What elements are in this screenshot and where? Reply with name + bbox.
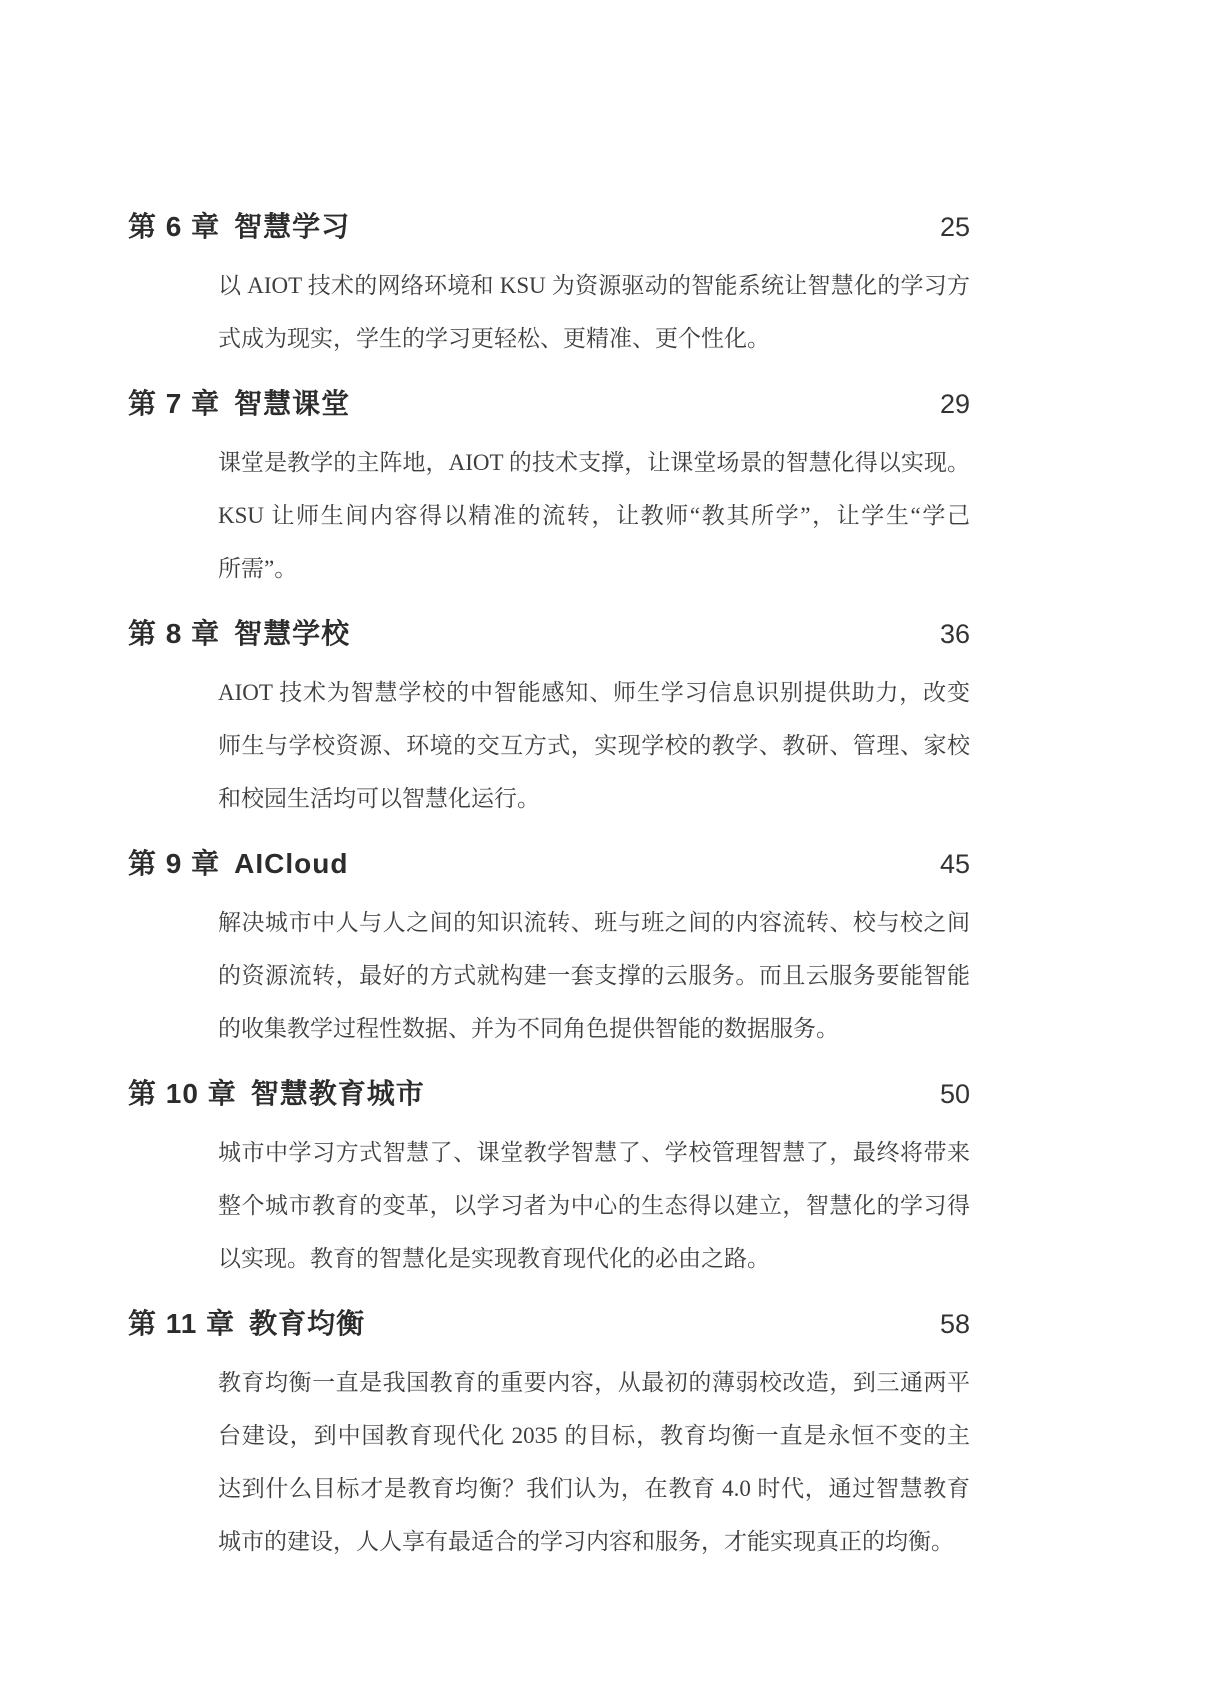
chapter-heading: 第 9 章 AICloud 45 <box>128 837 970 891</box>
chapter-title: AICloud <box>234 837 348 890</box>
chapter-label: 第 9 章 <box>128 837 220 890</box>
chapter-page-number: 25 <box>940 201 970 254</box>
chapter-title: 智慧学校 <box>234 607 350 660</box>
chapter-summary: 以 AIOT 技术的网络环境和 KSU 为资源驱动的智能系统让智慧化的学习方 式… <box>218 259 970 365</box>
toc-entry-chapter-10: 第 10 章 智慧教育城市 50 城市中学习方式智慧了、课堂教学智慧了、学校管理… <box>128 1067 970 1285</box>
chapter-page-number: 29 <box>940 378 970 431</box>
chapter-title: 智慧课堂 <box>234 377 350 430</box>
summary-line: 解决城市中人与人之间的知识流转、班与班之间的内容流转、校与校之间 <box>218 896 970 949</box>
toc-entry-chapter-11: 第 11 章 教育均衡 58 教育均衡一直是我国教育的重要内容，从最初的薄弱校改… <box>128 1297 970 1568</box>
summary-line: 的资源流转，最好的方式就构建一套支撑的云服务。而且云服务要能智能 <box>218 949 970 1002</box>
chapter-label: 第 8 章 <box>128 607 220 660</box>
toc-entry-chapter-7: 第 7 章 智慧课堂 29 课堂是教学的主阵地，AIOT 的技术支撑，让课堂场景… <box>128 377 970 595</box>
summary-line: 式成为现实，学生的学习更轻松、更精准、更个性化。 <box>218 312 970 365</box>
summary-line: KSU 让师生间内容得以精准的流转，让教师“教其所学”，让学生“学己 <box>218 489 970 542</box>
summary-line: 以实现。教育的智慧化是实现教育现代化的必由之路。 <box>218 1232 970 1285</box>
summary-line: 城市中学习方式智慧了、课堂教学智慧了、学校管理智慧了，最终将带来 <box>218 1126 970 1179</box>
chapter-heading: 第 7 章 智慧课堂 29 <box>128 377 970 431</box>
chapter-label: 第 11 章 <box>128 1297 235 1350</box>
summary-line: 城市的建设，人人享有最适合的学习内容和服务，才能实现真正的均衡。 <box>218 1515 970 1568</box>
chapter-heading: 第 8 章 智慧学校 36 <box>128 607 970 661</box>
summary-line: 师生与学校资源、环境的交互方式，实现学校的教学、教研、管理、家校 <box>218 719 970 772</box>
chapter-page-number: 50 <box>940 1068 970 1121</box>
chapter-summary: 城市中学习方式智慧了、课堂教学智慧了、学校管理智慧了，最终将带来 整个城市教育的… <box>218 1126 970 1285</box>
chapter-heading: 第 11 章 教育均衡 58 <box>128 1297 970 1351</box>
toc-entry-chapter-9: 第 9 章 AICloud 45 解决城市中人与人之间的知识流转、班与班之间的内… <box>128 837 970 1055</box>
chapter-title: 智慧教育城市 <box>251 1067 425 1120</box>
chapter-label: 第 6 章 <box>128 200 220 253</box>
summary-line: 和校园生活均可以智慧化运行。 <box>218 772 970 825</box>
chapter-label: 第 7 章 <box>128 377 220 430</box>
summary-line: 所需”。 <box>218 542 970 595</box>
summary-line: 整个城市教育的变革，以学习者为中心的生态得以建立，智慧化的学习得 <box>218 1179 970 1232</box>
chapter-page-number: 36 <box>940 608 970 661</box>
chapter-heading: 第 6 章 智慧学习 25 <box>128 200 970 254</box>
chapter-summary: 解决城市中人与人之间的知识流转、班与班之间的内容流转、校与校之间 的资源流转，最… <box>218 896 970 1055</box>
chapter-title: 教育均衡 <box>249 1297 365 1350</box>
summary-line: 课堂是教学的主阵地，AIOT 的技术支撑，让课堂场景的智慧化得以实现。 <box>218 436 970 489</box>
chapter-summary: AIOT 技术为智慧学校的中智能感知、师生学习信息识别提供助力，改变 师生与学校… <box>218 666 970 825</box>
summary-line: 达到什么目标才是教育均衡？我们认为，在教育 4.0 时代，通过智慧教育 <box>218 1462 970 1515</box>
chapter-summary: 教育均衡一直是我国教育的重要内容，从最初的薄弱校改造，到三通两平 台建设，到中国… <box>218 1356 970 1568</box>
toc-entry-chapter-6: 第 6 章 智慧学习 25 以 AIOT 技术的网络环境和 KSU 为资源驱动的… <box>128 200 970 365</box>
summary-line: 以 AIOT 技术的网络环境和 KSU 为资源驱动的智能系统让智慧化的学习方 <box>218 259 970 312</box>
chapter-label: 第 10 章 <box>128 1067 237 1120</box>
summary-line: 台建设，到中国教育现代化 2035 的目标，教育均衡一直是永恒不变的主题。 <box>218 1409 970 1462</box>
chapter-summary: 课堂是教学的主阵地，AIOT 的技术支撑，让课堂场景的智慧化得以实现。 KSU … <box>218 436 970 595</box>
chapter-page-number: 45 <box>940 838 970 891</box>
summary-line: AIOT 技术为智慧学校的中智能感知、师生学习信息识别提供助力，改变 <box>218 666 970 719</box>
summary-line: 的收集教学过程性数据、并为不同角色提供智能的数据服务。 <box>218 1002 970 1055</box>
chapter-page-number: 58 <box>940 1298 970 1351</box>
chapter-heading: 第 10 章 智慧教育城市 50 <box>128 1067 970 1121</box>
chapter-title: 智慧学习 <box>234 200 350 253</box>
toc-page: 第 6 章 智慧学习 25 以 AIOT 技术的网络环境和 KSU 为资源驱动的… <box>0 0 1232 1683</box>
toc-entry-chapter-8: 第 8 章 智慧学校 36 AIOT 技术为智慧学校的中智能感知、师生学习信息识… <box>128 607 970 825</box>
summary-line: 教育均衡一直是我国教育的重要内容，从最初的薄弱校改造，到三通两平 <box>218 1356 970 1409</box>
